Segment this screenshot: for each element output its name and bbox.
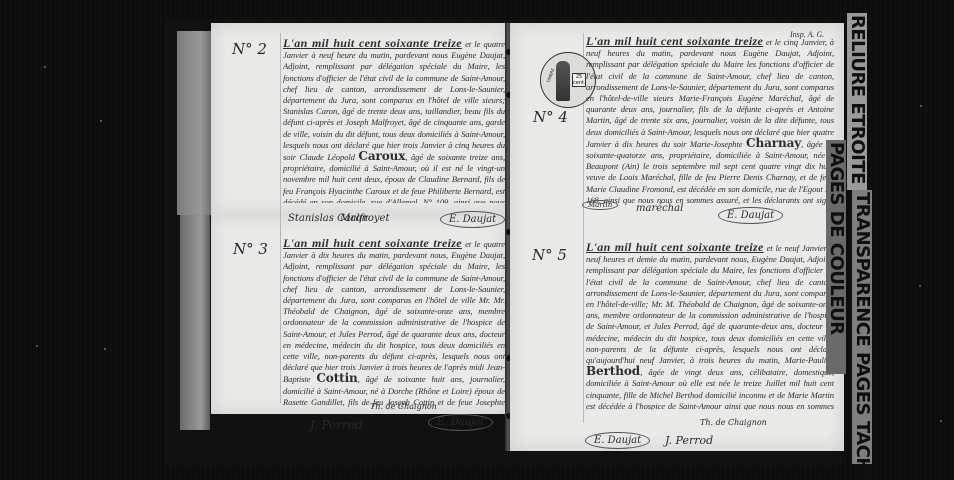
signature: J. Perrod (665, 434, 713, 447)
page-edge-strip (177, 31, 211, 215)
entry-heading: L'an mil huit cent soixante treize (283, 238, 462, 250)
entry-heading: L'an mil huit cent soixante treize (586, 36, 763, 48)
dust-speck (100, 120, 102, 122)
entry-heading: L'an mil huit cent soixante treize (586, 242, 764, 254)
entry-body: et le cinq Janvier, à neuf heures du mat… (586, 37, 834, 149)
archive-label-color-pages: PAGES DE COULEUR (826, 140, 846, 374)
entry-number: N° 4 (533, 108, 568, 126)
entry-body: et le quatre Janvier à neuf heure du mat… (283, 39, 505, 162)
signature: Martin (582, 200, 618, 210)
death-record-entry: L'an mil huit cent soixante treize et le… (586, 36, 834, 206)
signature: Th. de Chaignon (700, 418, 767, 427)
signature: J. Perrod (310, 418, 363, 432)
signature: Malfroyet (340, 213, 390, 224)
signature: E. Daujat (428, 414, 493, 431)
signature: E. Daujat (718, 207, 783, 224)
dust-speck (104, 348, 106, 350)
death-record-entry: L'an mil huit cent soixante treize et le… (586, 242, 834, 410)
dust-speck (919, 285, 921, 287)
deceased-surname: Charnay (746, 136, 801, 150)
signature: maréchal (636, 203, 683, 214)
signature: E. Daujat (585, 432, 650, 449)
signature: Th. de Chaignon (370, 402, 437, 411)
signature: E. Daujat (440, 211, 505, 228)
stamp-legend: TIMBRE (546, 68, 556, 84)
entry-number: N° 3 (233, 240, 268, 258)
entry-body: et le neuf Janvier à neuf heures et demi… (586, 243, 834, 365)
allegorical-figure-icon (556, 61, 570, 101)
dust-speck (920, 105, 922, 107)
page-edge-strip (180, 215, 210, 430)
death-record-entry: L'an mil huit cent soixante treize et le… (283, 238, 505, 408)
archive-label-tight-binding: RELIURE ETROITE (847, 13, 867, 190)
archive-label-transparency-stains: TRANSPARENCE PAGES TACHEES (852, 190, 872, 464)
entry-body: et le quatre Janvier à dix heures du mat… (283, 239, 505, 384)
deceased-surname: Caroux (358, 149, 405, 163)
entry-number: N° 2 (232, 40, 267, 58)
entry-number: N° 5 (532, 246, 567, 264)
stamp-value: 25 cent. (572, 73, 586, 87)
deceased-surname: Berthod (586, 364, 640, 378)
deceased-surname: Cottin (316, 371, 357, 385)
dust-speck (940, 420, 942, 422)
entry-heading: L'an mil huit cent soixante treize (283, 38, 462, 50)
dust-speck (36, 345, 38, 347)
death-record-entry: L'an mil huit cent soixante treize et le… (283, 38, 505, 203)
dust-speck (44, 66, 46, 68)
margin-rule (280, 33, 281, 403)
